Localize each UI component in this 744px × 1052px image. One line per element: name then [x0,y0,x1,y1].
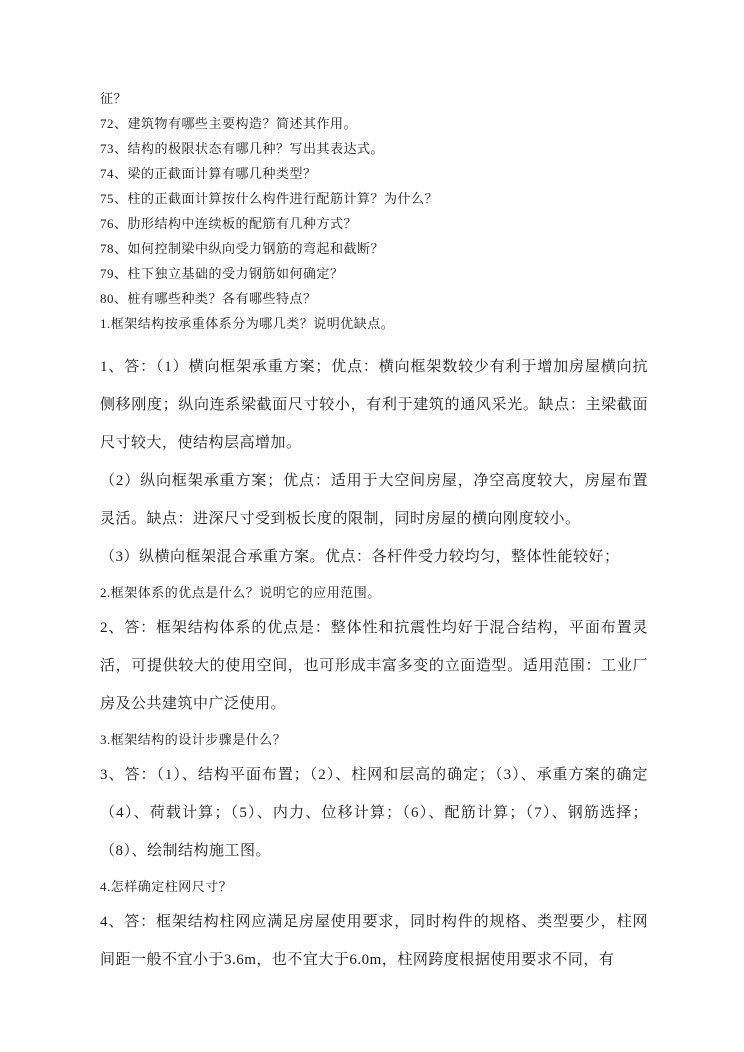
question-item-75: 75、柱的正截面计算按什么构件进行配筋计算？为什么？ [100,186,648,211]
page-content: 征？ 72、建筑物有哪些主要构造？简述其作用。 73、结构的极限状态有哪几种？写… [100,86,648,979]
answer-3: 3、答：（1）、结构平面布置；（2）、柱网和层高的确定；（3）、承重方案的确定（… [100,756,648,870]
answer-2: 2、答：框架结构体系的优点是：整体性和抗震性均好于混合结构，平面布置灵活，可提供… [100,609,648,723]
sub-question-4: 4.怎样确定柱网尺寸？ [100,870,648,903]
sub-question-1: 1.框架结构按承重体系分为哪几类？说明优缺点。 [100,311,648,336]
sub-question-2: 2.框架体系的优点是什么？说明它的应用范围。 [100,576,648,609]
question-item-74: 74、梁的正截面计算有哪几种类型？ [100,161,648,186]
question-line-continuation: 征？ [100,86,648,111]
answer-4: 4、答：框架结构柱网应满足房屋使用要求，同时构件的规格、类型要少，柱网间距一般不… [100,903,648,979]
sub-question-3: 3.框架结构的设计步骤是什么？ [100,723,648,756]
question-item-80: 80、桩有哪些种类？各有哪些特点？ [100,286,648,311]
document-page: 征？ 72、建筑物有哪些主要构造？简述其作用。 73、结构的极限状态有哪几种？写… [0,0,744,1052]
question-item-72: 72、建筑物有哪些主要构造？简述其作用。 [100,111,648,136]
question-item-76: 76、肋形结构中连续板的配筋有几种方式？ [100,211,648,236]
answer-1-part-2: （2）纵向框架承重方案；优点：适用于大空间房屋，净空高度较大，房屋布置灵活。缺点… [100,462,648,538]
answer-1-part-3: （3）纵横向框架混合承重方案。优点：各杆件受力较均匀，整体性能较好； [100,538,648,576]
question-item-79: 79、柱下独立基础的受力钢筋如何确定？ [100,261,648,286]
answer-1-part-1: 1、答：（1）横向框架承重方案；优点：横向框架数较少有利于增加房屋横向抗侧移刚度… [100,348,648,462]
question-item-78: 78、如何控制梁中纵向受力钢筋的弯起和截断？ [100,236,648,261]
question-item-73: 73、结构的极限状态有哪几种？写出其表达式。 [100,136,648,161]
